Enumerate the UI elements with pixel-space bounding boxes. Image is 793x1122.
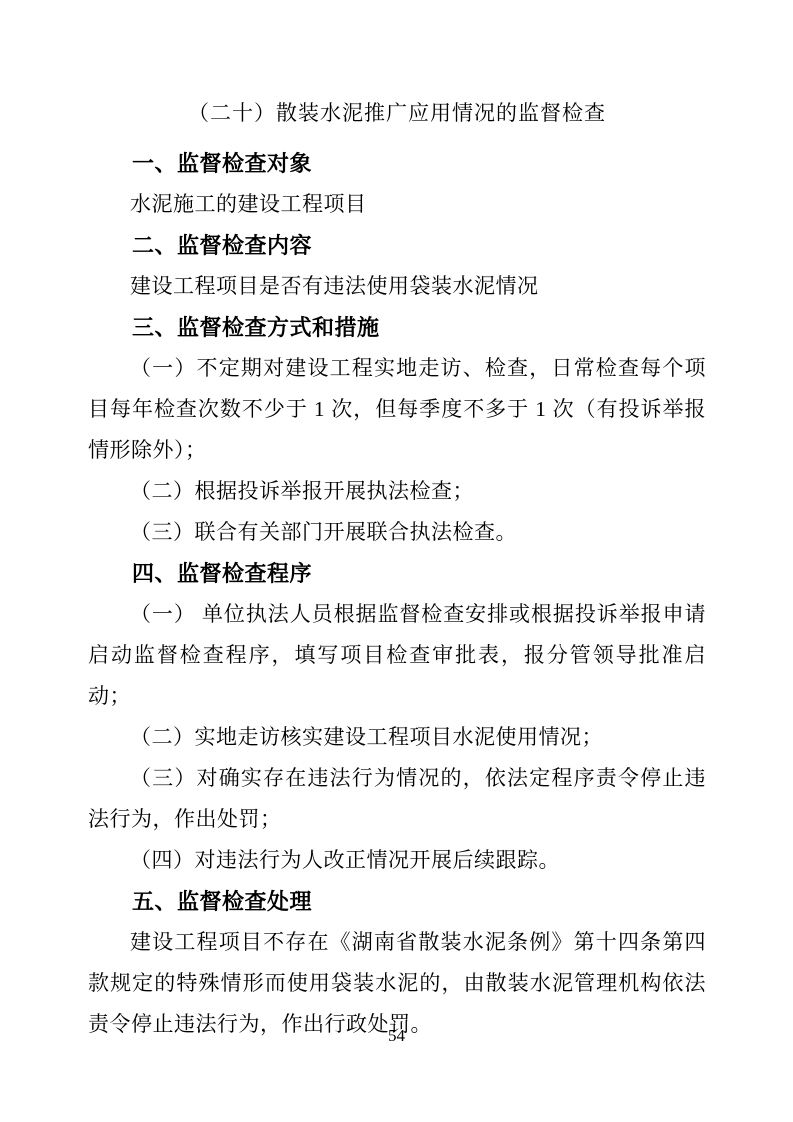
- document-title: （二十）散装水泥推广应用情况的监督检查: [88, 96, 706, 130]
- document-page: （二十）散装水泥推广应用情况的监督检查 一、监督检查对象 水泥施工的建设工程项目…: [0, 0, 793, 1122]
- page-number: 54: [0, 1026, 793, 1046]
- paragraph: （三）对确实存在违法行为情况的，依法定程序责令停止违法行为，作出处罚；: [88, 758, 706, 840]
- section-supervision-target: 一、监督检查对象 水泥施工的建设工程项目: [88, 143, 706, 225]
- section-supervision-methods: 三、监督检查方式和措施 （一）不定期对建设工程实地走访、检查，日常检查每个项目每…: [88, 307, 706, 553]
- section-supervision-procedure: 四、监督检查程序 （一） 单位执法人员根据监督检查安排或根据投诉举报申请启动监督…: [88, 553, 706, 881]
- paragraph: （二）根据投诉举报开展执法检查；: [88, 471, 706, 512]
- paragraph: （一） 单位执法人员根据监督检查安排或根据投诉举报申请启动监督检查程序，填写项目…: [88, 594, 706, 717]
- paragraph: 建设工程项目是否有违法使用袋装水泥情况: [88, 266, 706, 307]
- section-heading: 四、监督检查程序: [88, 553, 706, 594]
- paragraph: （四）对违法行为人改正情况开展后续跟踪。: [88, 840, 706, 881]
- section-heading: 五、监督检查处理: [88, 881, 706, 922]
- paragraph: （三）联合有关部门开展联合执法检查。: [88, 512, 706, 553]
- paragraph: （二）实地走访核实建设工程项目水泥使用情况；: [88, 717, 706, 758]
- section-supervision-content: 二、监督检查内容 建设工程项目是否有违法使用袋装水泥情况: [88, 225, 706, 307]
- section-supervision-handling: 五、监督检查处理 建设工程项目不存在《湖南省散装水泥条例》第十四条第四款规定的特…: [88, 881, 706, 1045]
- paragraph: 水泥施工的建设工程项目: [88, 184, 706, 225]
- section-heading: 三、监督检查方式和措施: [88, 307, 706, 348]
- section-heading: 二、监督检查内容: [88, 225, 706, 266]
- paragraph: （一）不定期对建设工程实地走访、检查，日常检查每个项目每年检查次数不少于 1 次…: [88, 348, 706, 471]
- document-content: （二十）散装水泥推广应用情况的监督检查 一、监督检查对象 水泥施工的建设工程项目…: [88, 96, 706, 1045]
- section-heading: 一、监督检查对象: [88, 143, 706, 184]
